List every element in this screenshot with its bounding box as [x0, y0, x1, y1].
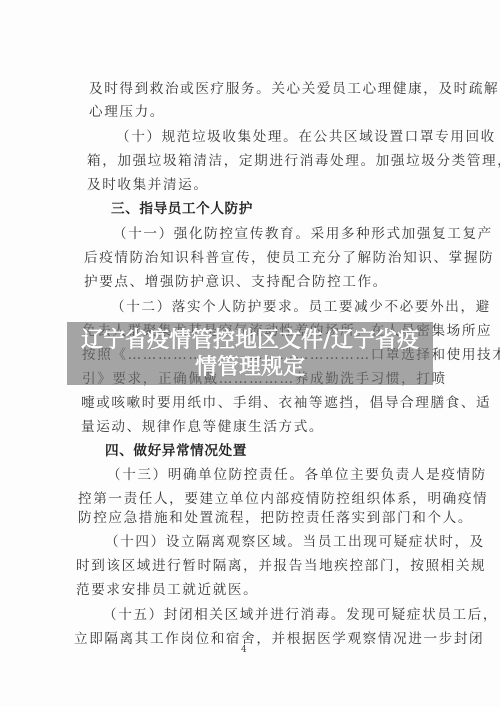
body-line: 防控应急措施和处置流程，把防控责任落实到部门和个人。: [78, 508, 473, 528]
body-line: 控第一责任人，要建立单位内部疫情防控组织体系，明确疫情: [78, 489, 488, 509]
body-line: 立即隔离其工作岗位和宿舍，并根据医学观察情况进一步封闭: [74, 629, 484, 649]
body-line: （十一）强化防控宣传教育。采用多种形式加强复工复产: [113, 224, 493, 244]
body-line: 及时得到救治或医疗服务。关心关爱员工心理健康，及时疏解: [89, 79, 499, 99]
body-line: 嚏或咳嗽时要用纸巾、手绢、衣袖等遮挡，倡导合理膳食、适: [81, 393, 491, 413]
body-line: （十四）设立隔离观察区域。当员工出现可疑症状时，及: [105, 532, 485, 552]
banner-title: 辽宁省疫情管控地区文件/辽宁省疫情管理规定: [75, 327, 425, 381]
body-line: （十）规范垃圾收集处理。在公共区域设置口罩专用回收: [116, 127, 496, 147]
document-page: 及时得到救治或医疗服务。关心关爱员工心理健康，及时疏解 心理压力。 （十）规范垃…: [0, 0, 500, 707]
body-line: （十三）明确单位防控责任。各单位主要负责人是疫情防: [107, 465, 487, 485]
body-line: 量运动、规律作息等健康生活方式。: [81, 417, 324, 437]
body-line: 时到该区域进行暂时隔离，并报告当地疾控部门，按照相关规: [76, 556, 486, 576]
section-heading-3: 三、指导员工个人防护: [111, 199, 253, 219]
body-line: 后疫情防治知识科普宣传，使员工充分了解防治知识、掌握防: [84, 248, 494, 268]
section-heading-4: 四、做好异常情况处置: [105, 441, 247, 461]
body-line: （十二）落实个人防护要求。员工要减少不必要外出，避: [111, 297, 491, 317]
body-line: 心理压力。: [89, 102, 165, 122]
body-line: 及时收集并清运。: [87, 175, 209, 195]
page-number: 4: [241, 645, 247, 655]
body-line: （十五）封闭相关区域并进行消毒。发现可疑症状员工后，: [103, 605, 498, 625]
body-line: 护要点、增强防护意识、支持配合防控工作。: [84, 272, 388, 292]
title-overlay-banner: 辽宁省疫情管控地区文件/辽宁省疫情管理规定: [67, 322, 433, 385]
body-line: 范要求安排员工就近就医。: [76, 580, 258, 600]
body-line: 箱，加强垃圾箱清洁，定期进行消毒处理。加强垃圾分类管理，: [87, 151, 500, 171]
